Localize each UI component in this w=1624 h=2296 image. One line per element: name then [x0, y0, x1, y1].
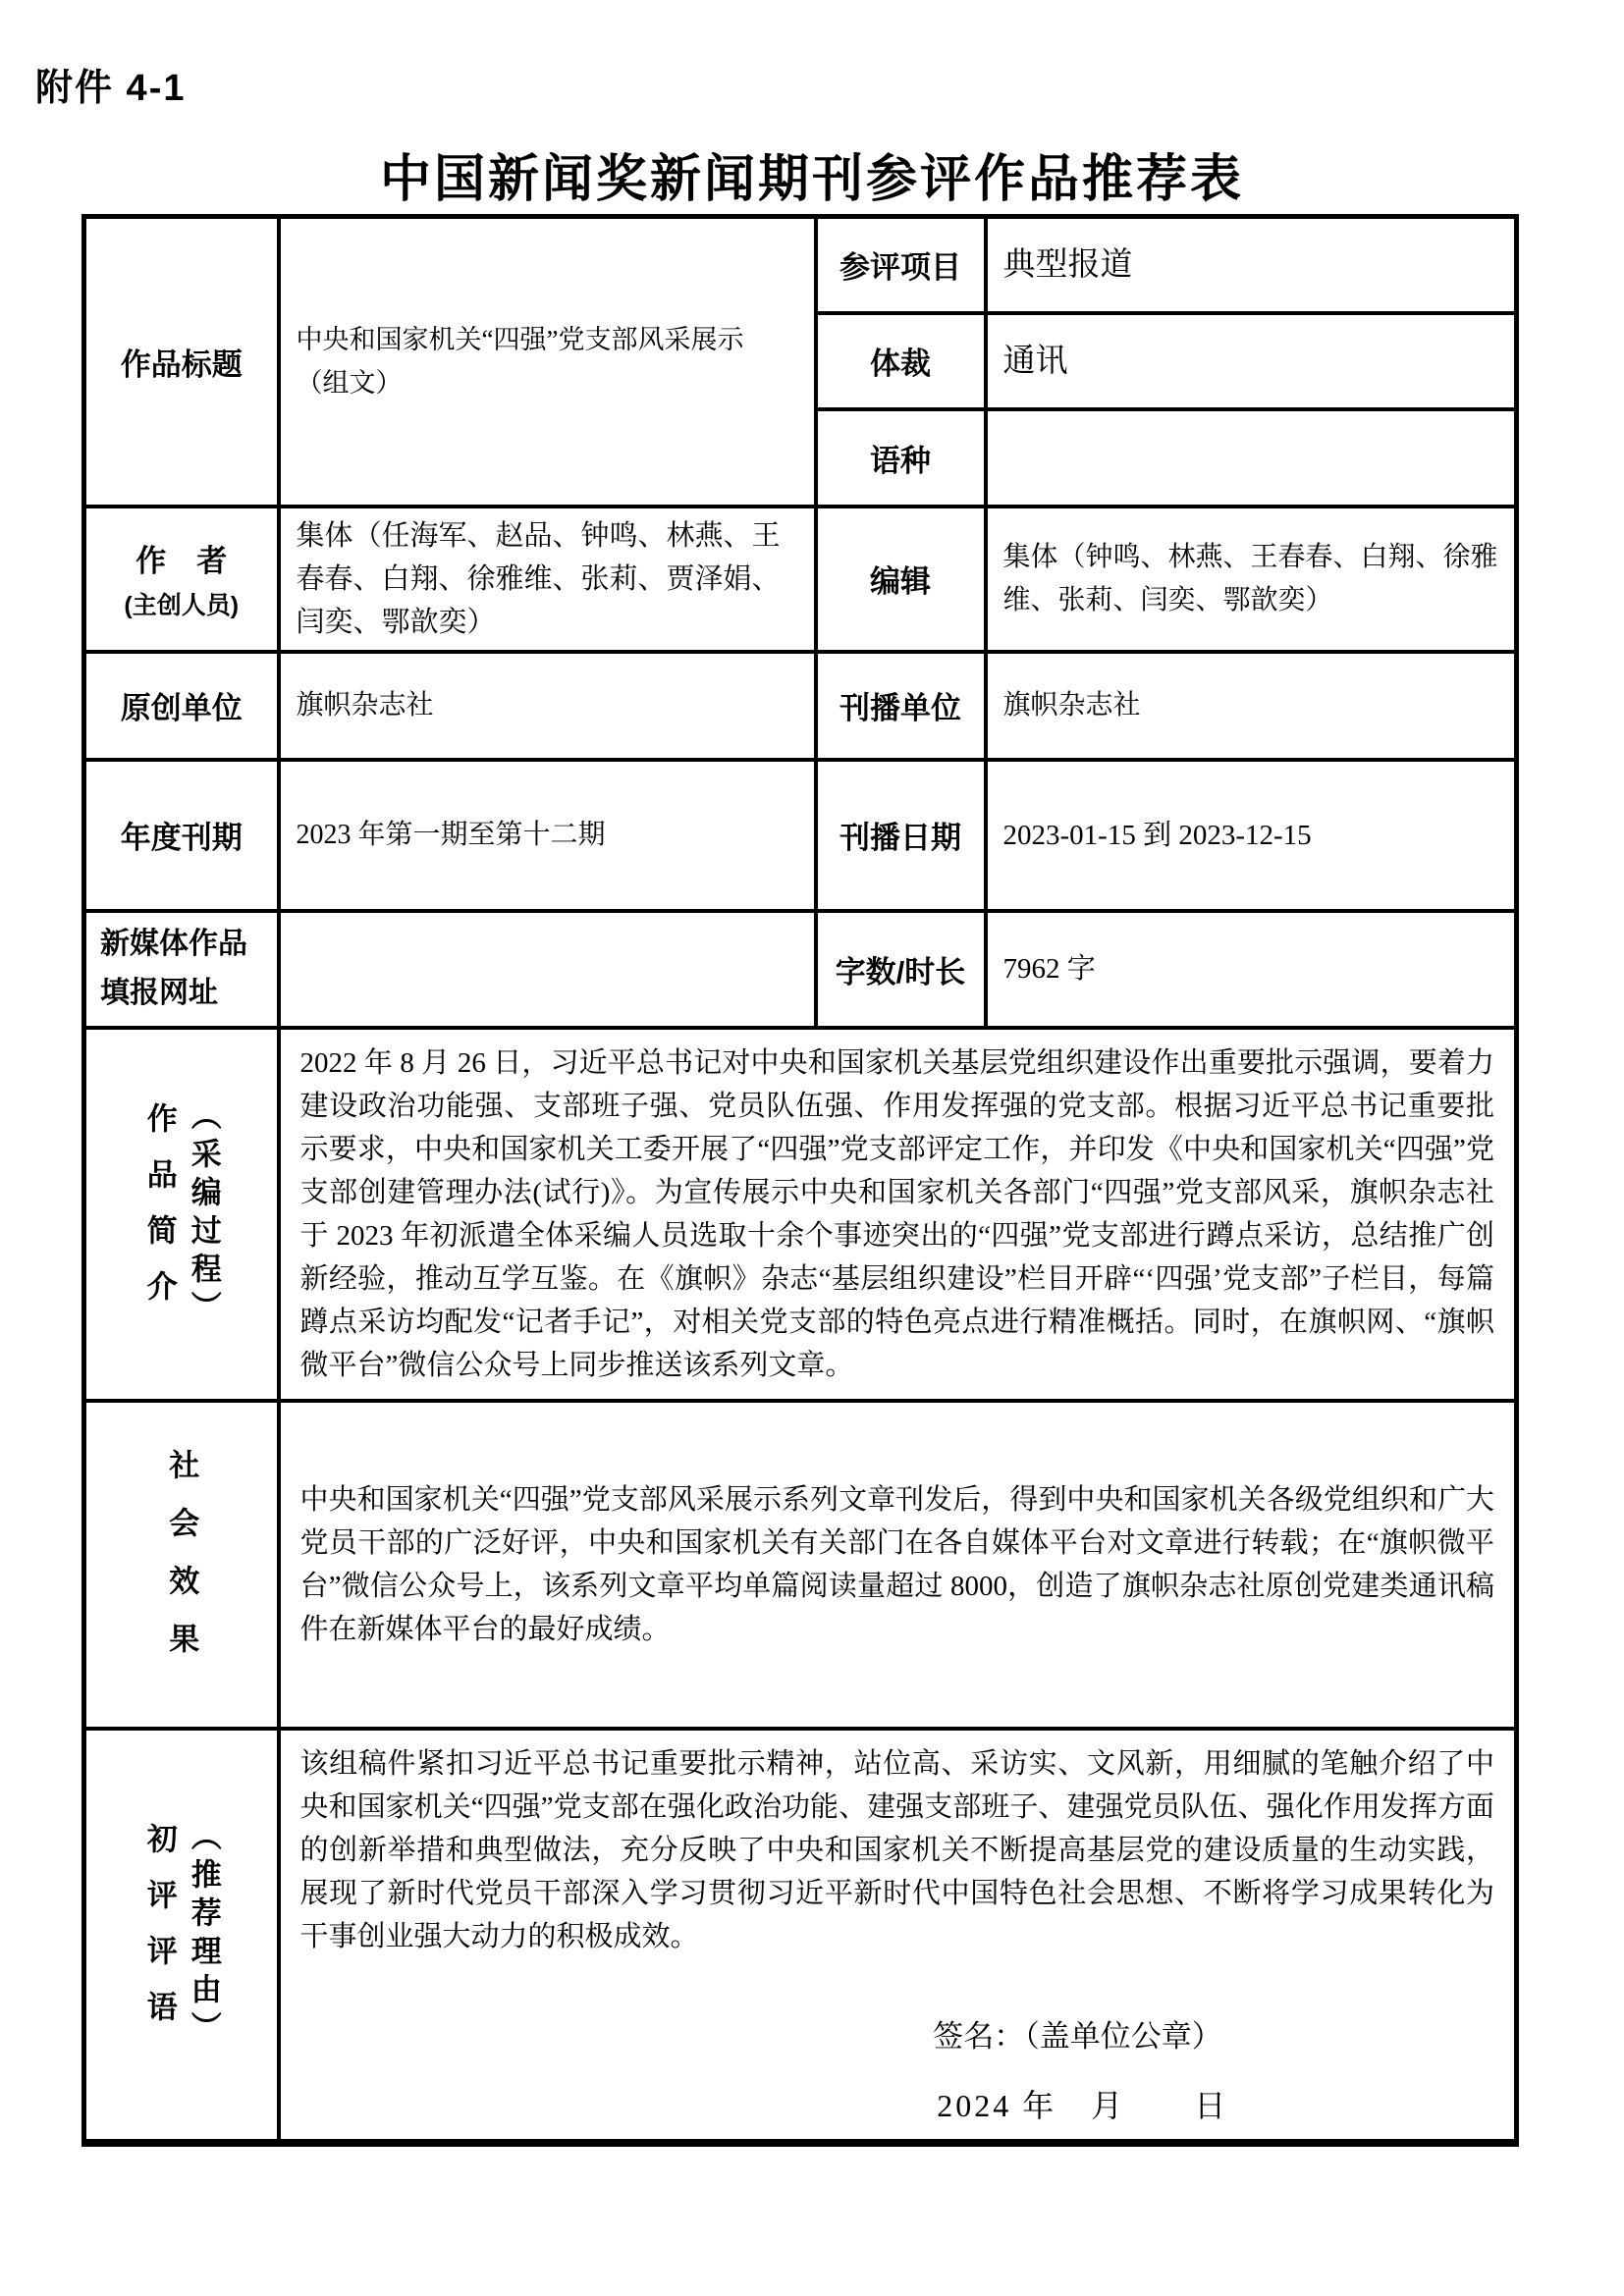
- field-value-social-effect: 中央和国家机关“四强”党支部风采展示系列文章刊发后，得到中央和国家机关各级党组织…: [279, 1401, 1517, 1729]
- table-row: 年度刊期 2023 年第一期至第十二期 刊播日期 2023-01-15 到 20…: [84, 760, 1517, 911]
- social-effect-label: 社会效果: [159, 1449, 203, 1681]
- author-label-main: 作 者: [94, 536, 269, 580]
- field-value-author: 集体（任海军、赵品、钟鸣、林燕、王春春、白翔、徐雅维、张莉、贾泽娟、闫奕、鄂歆奕…: [279, 507, 816, 652]
- attachment-label: 附件 4-1: [35, 57, 186, 111]
- field-value-review: 该组稿件紧扣习近平总书记重要批示精神，站位高、采访实、文风新，用细腻的笔触介绍了…: [279, 1729, 1517, 2143]
- field-label-work-intro: 作品简介 ︵采编过程︶: [84, 1028, 279, 1401]
- field-value-original-unit: 旗帜杂志社: [279, 652, 816, 760]
- table-row: 社会效果 中央和国家机关“四强”党支部风采展示系列文章刊发后，得到中央和国家机关…: [84, 1401, 1517, 1729]
- review-vertical-label: 初评评语 ︵推荐理由︶: [94, 1820, 269, 2050]
- review-label-paren: ︵推荐理由︶: [182, 1820, 226, 2050]
- field-value-annual-issue: 2023 年第一期至第十二期: [279, 760, 816, 911]
- field-value-entry-item: 典型报道: [986, 217, 1517, 313]
- review-label-main: 初评评语: [137, 1823, 182, 2047]
- author-label-sub: (主创人员): [94, 586, 269, 621]
- field-label-publish-unit: 刊播单位: [816, 652, 986, 760]
- field-label-language: 语种: [816, 409, 986, 507]
- social-effect-vertical-label: 社会效果: [94, 1449, 269, 1681]
- table-row: 初评评语 ︵推荐理由︶ 该组稿件紧扣习近平总书记重要批示精神，站位高、采访实、文…: [84, 1729, 1517, 2143]
- field-value-word-count: 7962 字: [986, 911, 1517, 1028]
- field-value-language: [986, 409, 1517, 507]
- field-label-genre: 体裁: [816, 313, 986, 409]
- field-value-publish-date: 2023-01-15 到 2023-12-15: [986, 760, 1517, 911]
- field-label-publish-date: 刊播日期: [816, 760, 986, 911]
- signature-date: 2024 年 月 日: [933, 2084, 1494, 2127]
- signature-block: 签名：（盖单位公章） 2024 年 月 日: [933, 2015, 1494, 2127]
- field-label-new-media-url: 新媒体作品 填报网址: [84, 911, 279, 1028]
- field-value-publish-unit: 旗帜杂志社: [986, 652, 1517, 760]
- table-row: 作品简介 ︵采编过程︶ 2022 年 8 月 26 日，习近平总书记对中央和国家…: [84, 1028, 1517, 1401]
- field-value-work-title: 中央和国家机关“四强”党支部风采展示 （组文）: [279, 217, 816, 507]
- recommendation-form: 作品标题 中央和国家机关“四强”党支部风采展示 （组文） 参评项目 典型报道 体…: [81, 214, 1519, 2147]
- field-label-editor: 编辑: [816, 507, 986, 652]
- field-label-work-title: 作品标题: [84, 217, 279, 507]
- work-intro-label-paren: ︵采编过程︶: [182, 1099, 226, 1329]
- signature-line: 签名：（盖单位公章）: [933, 2015, 1494, 2058]
- field-label-author: 作 者 (主创人员): [84, 507, 279, 652]
- field-value-editor: 集体（钟鸣、林燕、王春春、白翔、徐雅维、张莉、闫奕、鄂歆奕）: [986, 507, 1517, 652]
- table-row: 新媒体作品 填报网址 字数/时长 7962 字: [84, 911, 1517, 1028]
- field-value-genre: 通讯: [986, 313, 1517, 409]
- field-value-new-media-url: [279, 911, 816, 1028]
- table-row: 作 者 (主创人员) 集体（任海军、赵品、钟鸣、林燕、王春春、白翔、徐雅维、张莉…: [84, 507, 1517, 652]
- field-value-work-intro: 2022 年 8 月 26 日，习近平总书记对中央和国家机关基层党组织建设作出重…: [279, 1028, 1517, 1401]
- field-label-word-count: 字数/时长: [816, 911, 986, 1028]
- table-row: 作品标题 中央和国家机关“四强”党支部风采展示 （组文） 参评项目 典型报道: [84, 217, 1517, 313]
- field-label-social-effect: 社会效果: [84, 1401, 279, 1729]
- work-intro-label-main: 作品简介: [137, 1102, 182, 1326]
- field-label-review: 初评评语 ︵推荐理由︶: [84, 1729, 279, 2143]
- field-label-annual-issue: 年度刊期: [84, 760, 279, 911]
- document-page: 附件 4-1 中国新闻奖新闻期刊参评作品推荐表 作品标题 中央和国家机关“四强”…: [0, 0, 1624, 2296]
- table-row: 原创单位 旗帜杂志社 刊播单位 旗帜杂志社: [84, 652, 1517, 760]
- work-intro-vertical-label: 作品简介 ︵采编过程︶: [94, 1099, 269, 1329]
- field-label-original-unit: 原创单位: [84, 652, 279, 760]
- form-title: 中国新闻奖新闻期刊参评作品推荐表: [0, 137, 1624, 211]
- field-label-entry-item: 参评项目: [816, 217, 986, 313]
- review-text: 该组稿件紧扣习近平总书记重要批示精神，站位高、采访实、文风新，用细腻的笔触介绍了…: [300, 1742, 1495, 1958]
